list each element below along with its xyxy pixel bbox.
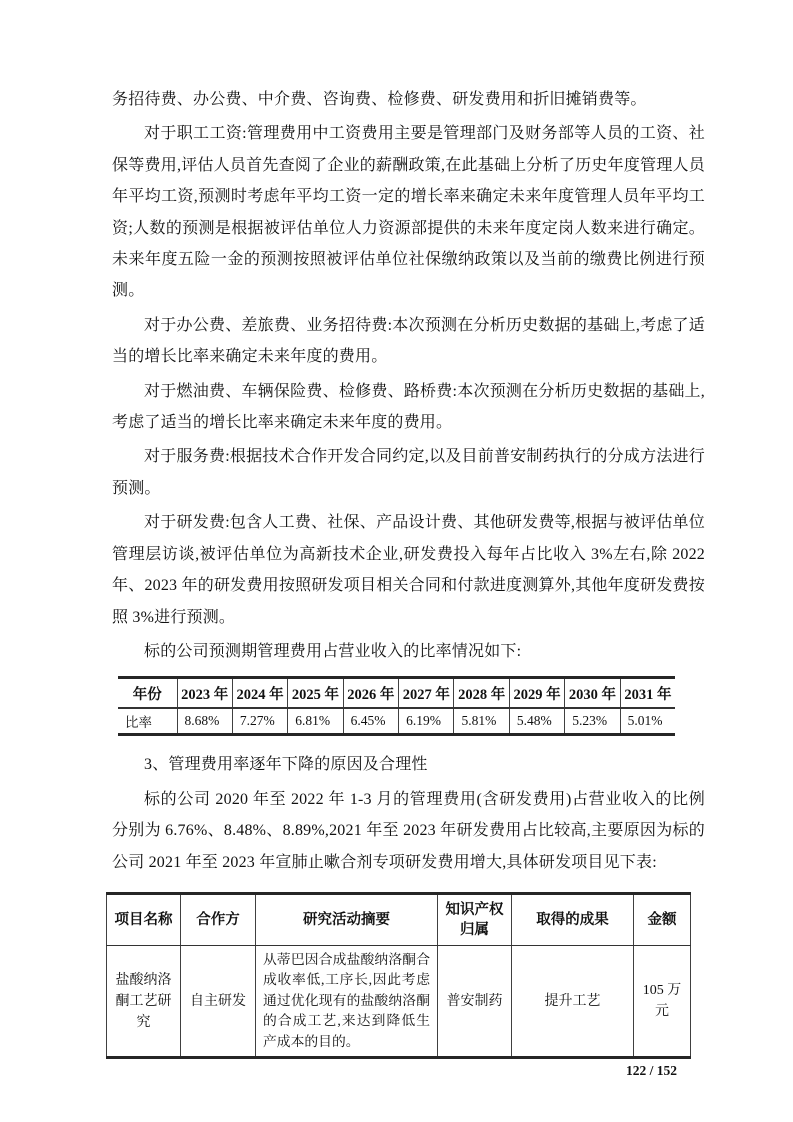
ratio-2028: 5.81% [454, 708, 509, 735]
rd-table-header-row: 项目名称 合作方 研究活动摘要 知识产权归属 取得的成果 金额 [107, 893, 691, 945]
rd-project-table: 项目名称 合作方 研究活动摘要 知识产权归属 取得的成果 金额 盐酸纳洛酮工艺研… [106, 892, 691, 1060]
paragraph-salary: 对于职工工资:管理费用中工资费用主要是管理部门及财务部等人员的工资、社保等费用,… [112, 118, 705, 306]
year-header-2031: 2031 年 [620, 678, 675, 708]
year-header-2026: 2026 年 [343, 678, 398, 708]
ratio-2027: 6.19% [399, 708, 454, 735]
cell-project-name: 盐酸纳洛酮工艺研究 [107, 945, 181, 1058]
ratio-2030: 5.23% [565, 708, 620, 735]
ratio-2026: 6.45% [343, 708, 398, 735]
paragraph-office-expense: 对于办公费、差旅费、业务招待费:本次预测在分析历史数据的基础上,考虑了适当的增长… [112, 310, 705, 373]
cell-amount: 105 万元 [634, 945, 691, 1058]
ratio-2029: 5.48% [509, 708, 564, 735]
ratio-2031: 5.01% [620, 708, 675, 735]
mgmt-fee-ratio-row: 比率 8.68% 7.27% 6.81% 6.45% 6.19% 5.81% 5… [118, 708, 675, 735]
year-header-2027: 2027 年 [399, 678, 454, 708]
header-achievement: 取得的成果 [512, 893, 634, 945]
header-research-summary: 研究活动摘要 [256, 893, 438, 945]
cell-ip-ownership: 普安制药 [438, 945, 512, 1058]
document-page: 务招待费、办公费、中介费、咨询费、检修费、研发费用和折旧摊销费等。 对于职工工资… [0, 0, 793, 1122]
header-amount: 金额 [634, 893, 691, 945]
mgmt-fee-header-row: 年份 2023 年 2024 年 2025 年 2026 年 2027 年 20… [118, 678, 675, 708]
mgmt-fee-ratio-table: 年份 2023 年 2024 年 2025 年 2026 年 2027 年 20… [118, 676, 675, 736]
header-ip-ownership: 知识产权归属 [438, 893, 512, 945]
year-header-2025: 2025 年 [288, 678, 343, 708]
section-heading: 3、管理费用率逐年下降的原因及合理性 [112, 749, 705, 780]
rd-table-row: 盐酸纳洛酮工艺研究 自主研发 从蒂巴因合成盐酸纳洛酮合成收率低,工序长,因此考虑… [107, 945, 691, 1058]
ratio-2023: 8.68% [177, 708, 232, 735]
header-partner: 合作方 [181, 893, 256, 945]
year-column-header: 年份 [118, 678, 177, 708]
cell-achievement: 提升工艺 [512, 945, 634, 1058]
year-header-2029: 2029 年 [509, 678, 564, 708]
paragraph-reason: 标的公司 2020 年至 2022 年 1-3 月的管理费用(含研发费用)占营业… [112, 784, 705, 878]
cell-partner: 自主研发 [181, 945, 256, 1058]
page-number: 122 / 152 [106, 1062, 690, 1080]
paragraph-service-fee: 对于服务费:根据技术合作开发合同约定,以及目前普安制药执行的分成方法进行预测。 [112, 441, 705, 504]
ratio-2025: 6.81% [288, 708, 343, 735]
year-header-2024: 2024 年 [232, 678, 287, 708]
header-project-name: 项目名称 [107, 893, 181, 945]
paragraph-fuel-expense: 对于燃油费、车辆保险费、检修费、路桥费:本次预测在分析历史数据的基础上,考虑了适… [112, 376, 705, 439]
year-header-2023: 2023 年 [177, 678, 232, 708]
year-header-2030: 2030 年 [565, 678, 620, 708]
ratio-2024: 7.27% [232, 708, 287, 735]
paragraph-rd-expense: 对于研发费:包含人工费、社保、产品设计费、其他研发费等,根据与被评估单位管理层访… [112, 507, 705, 633]
year-header-2028: 2028 年 [454, 678, 509, 708]
ratio-row-label: 比率 [118, 708, 177, 735]
cell-research-summary: 从蒂巴因合成盐酸纳洛酮合成收率低,工序长,因此考虑通过优化现有的盐酸纳洛酮的合成… [256, 945, 438, 1058]
paragraph-intro-tail: 务招待费、办公费、中介费、咨询费、检修费、研发费用和折旧摊销费等。 [112, 84, 705, 115]
paragraph-table-intro: 标的公司预测期管理费用占营业收入的比率情况如下: [112, 636, 705, 667]
